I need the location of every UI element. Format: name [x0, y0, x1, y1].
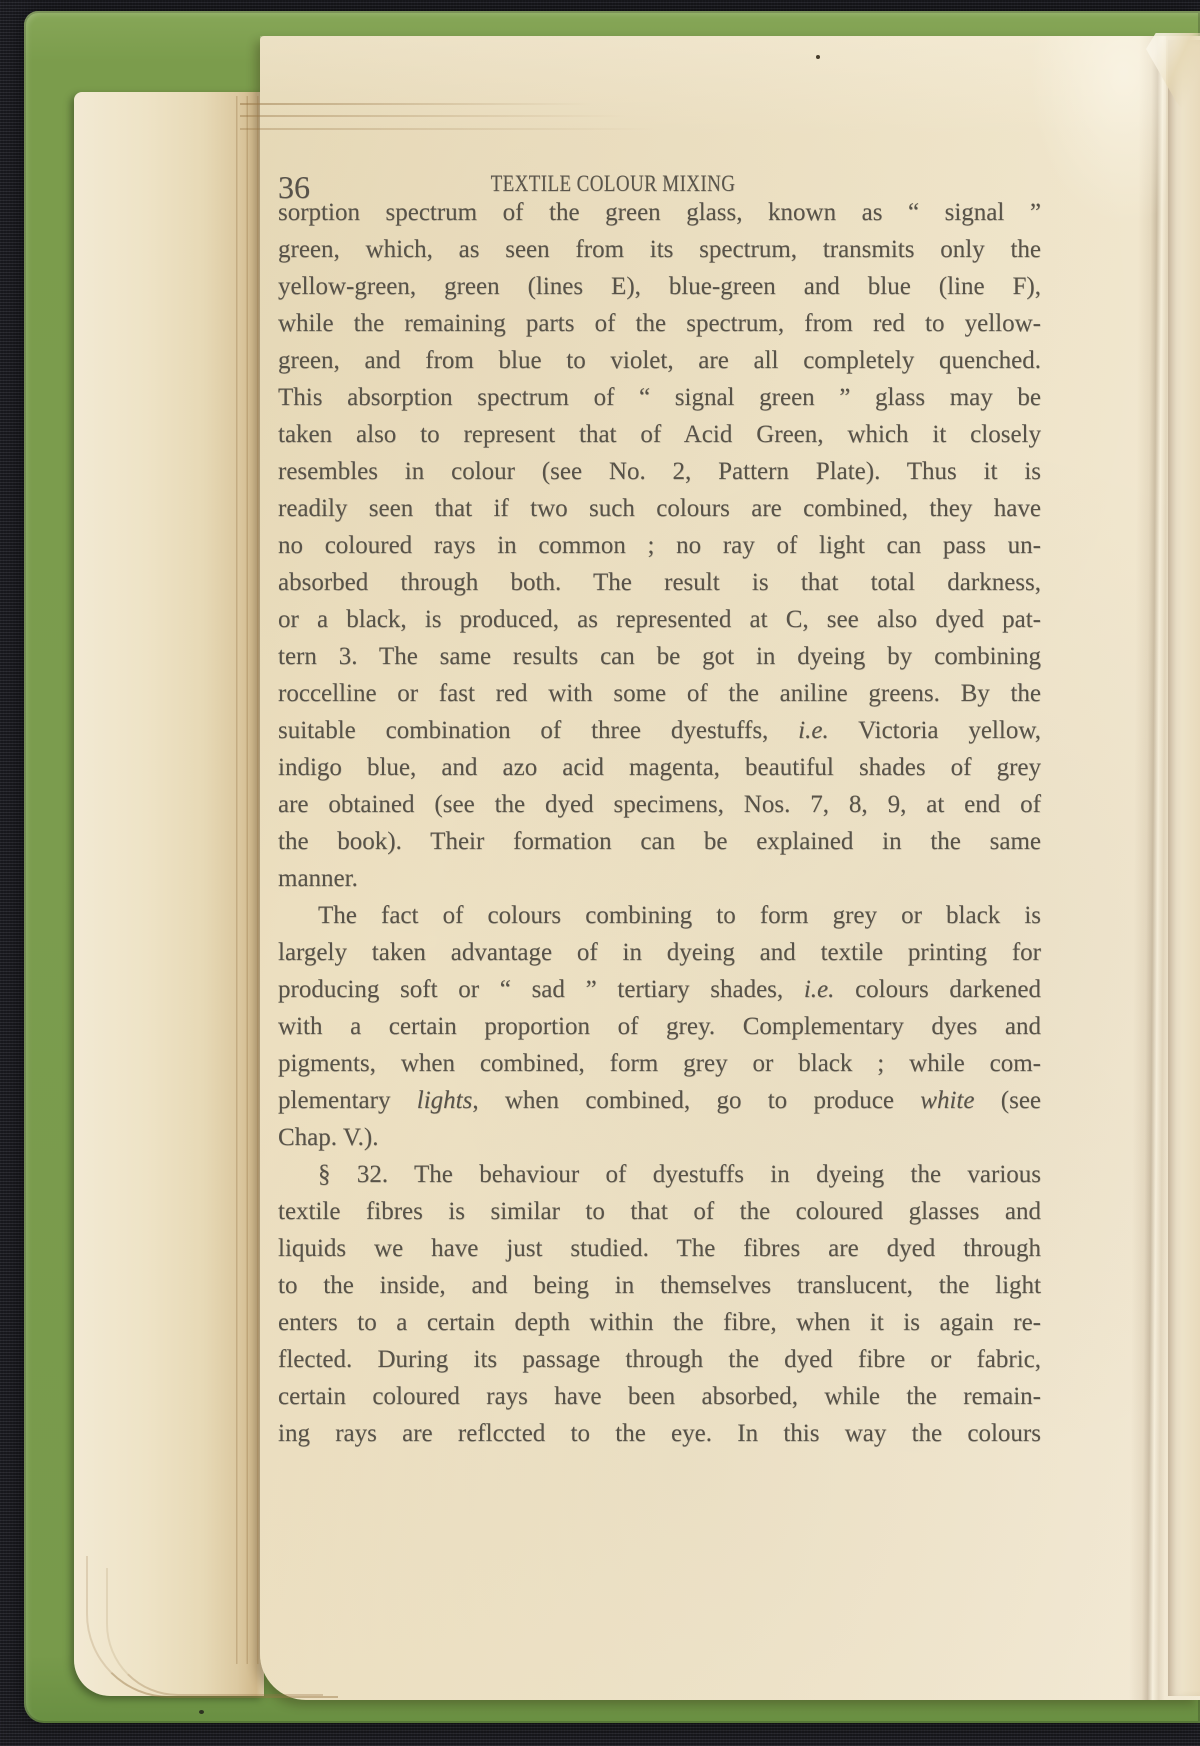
- text-segment: green, which, as seen from its spectrum,…: [278, 236, 1041, 263]
- text-line: indigo blue, and azo acid magenta, beaut…: [278, 749, 1041, 786]
- text-segment: while the remaining parts of the spectru…: [278, 310, 1041, 337]
- text-segment: resembles in colour (see No. 2, Pattern …: [278, 458, 1041, 485]
- text-segment: § 32. The behaviour of dyestuffs in dyei…: [318, 1161, 1041, 1188]
- text-line: § 32. The behaviour of dyestuffs in dyei…: [278, 1156, 1041, 1193]
- text-segment: sorption spectrum of the green glass, kn…: [278, 199, 1041, 226]
- italic-text-segment: i.e.: [798, 717, 829, 744]
- text-segment: readily seen that if two such colours ar…: [278, 495, 1041, 522]
- text-segment: colours darkened: [834, 976, 1041, 1003]
- text-line: while the remaining parts of the spectru…: [278, 305, 1041, 342]
- text-segment: certain coloured rays have been absorbed…: [278, 1383, 1041, 1410]
- body-text: sorption spectrum of the green glass, kn…: [278, 194, 1041, 1452]
- text-line: or a black, is produced, as represented …: [278, 601, 1041, 638]
- text-line: enters to a certain depth within the fib…: [278, 1304, 1041, 1341]
- page-edge-lines-left: [227, 96, 265, 1664]
- text-segment: suitable combination of three dyestuffs,: [278, 717, 798, 744]
- text-segment: flected. During its passage through the …: [278, 1346, 1041, 1373]
- text-line: Chap. V.).: [278, 1119, 1041, 1156]
- book-photo: { "page_header": { "page_number": "36", …: [0, 0, 1200, 1746]
- text-segment: enters to a certain depth within the fib…: [278, 1309, 1041, 1336]
- cover-speck: [199, 1710, 204, 1714]
- text-segment: or a black, is produced, as represented …: [278, 606, 1041, 633]
- text-line: liquids we have just studied. The fibres…: [278, 1230, 1041, 1267]
- text-line: roccelline or fast red with some of the …: [278, 675, 1041, 712]
- italic-text-segment: i.e.: [804, 976, 835, 1003]
- text-line: certain coloured rays have been absorbed…: [278, 1378, 1041, 1415]
- text-line: green, which, as seen from its spectrum,…: [278, 231, 1041, 268]
- text-line: producing soft or “ sad ” tertiary shade…: [278, 971, 1041, 1008]
- text-segment: producing soft or “ sad ” tertiary shade…: [278, 976, 804, 1003]
- text-segment: Victoria yellow,: [829, 717, 1041, 744]
- text-line: taken also to represent that of Acid Gre…: [278, 416, 1041, 453]
- text-segment: , when combined, go to produce: [472, 1087, 920, 1114]
- text-segment: manner.: [278, 865, 358, 892]
- text-line: largely taken advantage of in dyeing and…: [278, 934, 1041, 971]
- text-line: plementary lights, when combined, go to …: [278, 1082, 1041, 1119]
- text-segment: largely taken advantage of in dyeing and…: [278, 939, 1041, 966]
- text-segment: roccelline or fast red with some of the …: [278, 680, 1041, 707]
- text-segment: ing rays are reflсcted to the eye. In th…: [278, 1420, 1041, 1447]
- text-line: with a certain proportion of grey. Compl…: [278, 1008, 1041, 1045]
- text-line: sorption spectrum of the green glass, kn…: [278, 194, 1041, 231]
- text-line: the book). Their formation can be explai…: [278, 823, 1041, 860]
- text-line: The fact of colours combining to form gr…: [278, 897, 1041, 934]
- italic-text-segment: white: [920, 1087, 974, 1114]
- text-segment: absorbed through both. The result is tha…: [278, 569, 1041, 596]
- text-segment: the book). Their formation can be explai…: [278, 828, 1041, 855]
- text-segment: green, and from blue to violet, are all …: [278, 347, 1041, 374]
- text-line: resembles in colour (see No. 2, Pattern …: [278, 453, 1041, 490]
- text-segment: textile fibres is similar to that of the…: [278, 1198, 1041, 1225]
- text-segment: no coloured rays in common ; no ray of l…: [278, 532, 1041, 559]
- text-line: no coloured rays in common ; no ray of l…: [278, 527, 1041, 564]
- text-segment: indigo blue, and azo acid magenta, beaut…: [278, 754, 1041, 781]
- text-segment: (see: [974, 1087, 1041, 1114]
- text-segment: are obtained (see the dyed specimens, No…: [278, 791, 1041, 818]
- text-line: pigments, when combined, form grey or bl…: [278, 1045, 1041, 1082]
- text-segment: to the inside, and being in themselves t…: [278, 1272, 1041, 1299]
- page-edge-lines-top: [240, 100, 680, 136]
- text-segment: with a certain proportion of grey. Compl…: [278, 1013, 1041, 1040]
- text-segment: yellow-green, green (lines E), blue-gree…: [278, 273, 1041, 300]
- text-segment: The fact of colours combining to form gr…: [318, 902, 1041, 929]
- text-segment: pigments, when combined, form grey or bl…: [278, 1050, 1041, 1077]
- text-line: readily seen that if two such colours ar…: [278, 490, 1041, 527]
- text-line: green, and from blue to violet, are all …: [278, 342, 1041, 379]
- text-segment: taken also to represent that of Acid Gre…: [278, 421, 1041, 448]
- text-segment: This absorption spectrum of “ signal gre…: [278, 384, 1041, 411]
- text-line: suitable combination of three dyestuffs,…: [278, 712, 1041, 749]
- text-line: ing rays are reflсcted to the eye. In th…: [278, 1415, 1041, 1452]
- text-segment: Chap. V.).: [278, 1124, 378, 1151]
- page-edge-curve-bottom-left-inner: [106, 1568, 323, 1696]
- text-line: flected. During its passage through the …: [278, 1341, 1041, 1378]
- adjacent-page-edge: [1168, 40, 1200, 1696]
- text-segment: tern 3. The same results can be got in d…: [278, 643, 1041, 670]
- text-line: textile fibres is similar to that of the…: [278, 1193, 1041, 1230]
- text-line: are obtained (see the dyed specimens, No…: [278, 786, 1041, 823]
- text-line: tern 3. The same results can be got in d…: [278, 638, 1041, 675]
- italic-text-segment: lights: [417, 1087, 473, 1114]
- paper-speck: [816, 55, 820, 59]
- text-segment: plementary: [278, 1087, 417, 1114]
- text-segment: liquids we have just studied. The fibres…: [278, 1235, 1041, 1262]
- text-line: absorbed through both. The result is tha…: [278, 564, 1041, 601]
- text-line: to the inside, and being in themselves t…: [278, 1267, 1041, 1304]
- text-line: This absorption spectrum of “ signal gre…: [278, 379, 1041, 416]
- text-line: yellow-green, green (lines E), blue-gree…: [278, 268, 1041, 305]
- text-line: manner.: [278, 860, 1041, 897]
